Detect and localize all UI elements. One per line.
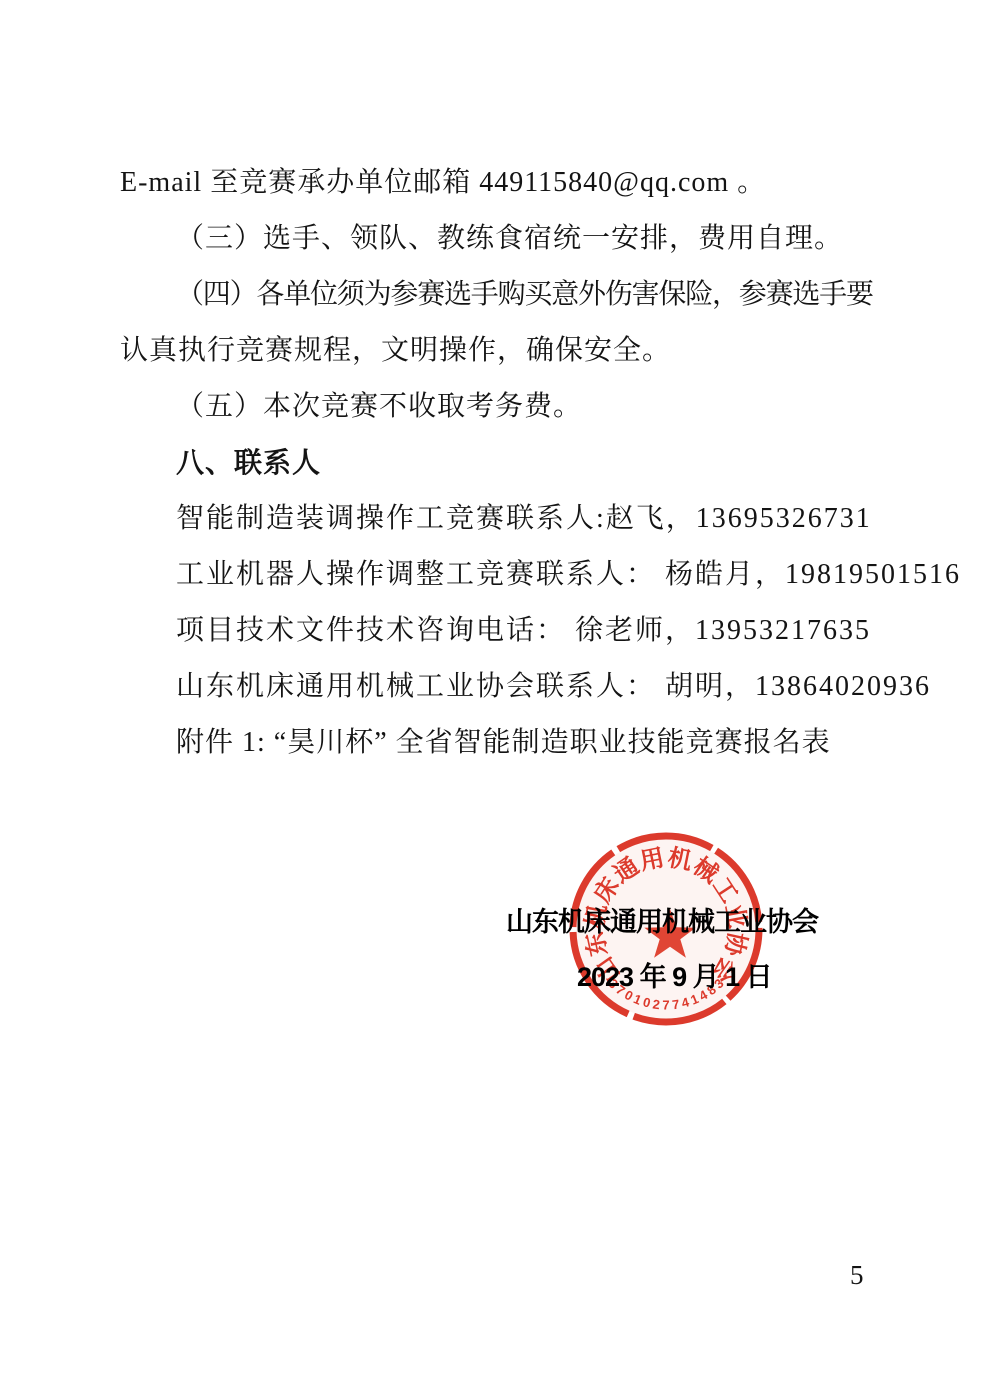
document-page: E-mail 至竞赛承办单位邮箱 449115840@qq.com 。 （三）选… [0,0,990,1400]
seal-serial-digit: 7 [662,998,669,1013]
paragraph-item-3: （三）选手、领队、教练食宿统一安排，费用自理。 [120,211,882,267]
paragraph-item-4: （四）各单位须为参赛选手购买意外伤害保险，参赛选手要 [120,267,882,323]
contact-line-1: 智能制造装调操作工竞赛联系人:赵飞，13695326731 [120,491,882,547]
attachment-line: 附件 1: “昊川杯” 全省智能制造职业技能竞赛报名表 [120,715,882,771]
page-number: 5 [850,1260,864,1291]
paragraph-email: E-mail 至竞赛承办单位邮箱 449115840@qq.com 。 [120,155,882,211]
paragraph-item-5: （五）本次竞赛不收取考务费。 [120,379,882,435]
section-heading-contacts: 八、联系人 [120,435,882,491]
signature-date: 2023 年 9 月 1 日 [577,955,772,994]
contact-line-2: 工业机器人操作调整工竞赛联系人： 杨皓月，19819501516 [120,547,882,603]
contact-line-4: 山东机床通用机械工业协会联系人： 胡明，13864020936 [120,659,882,715]
paragraph-item-4-cont: 认真执行竞赛规程，文明操作，确保安全。 [120,323,882,379]
signature-org-name: 山东机床通用机械工业协会 [506,900,818,939]
document-body: E-mail 至竞赛承办单位邮箱 449115840@qq.com 。 （三）选… [120,155,882,771]
contact-line-3: 项目技术文件技术咨询电话： 徐老师，13953217635 [120,603,882,659]
